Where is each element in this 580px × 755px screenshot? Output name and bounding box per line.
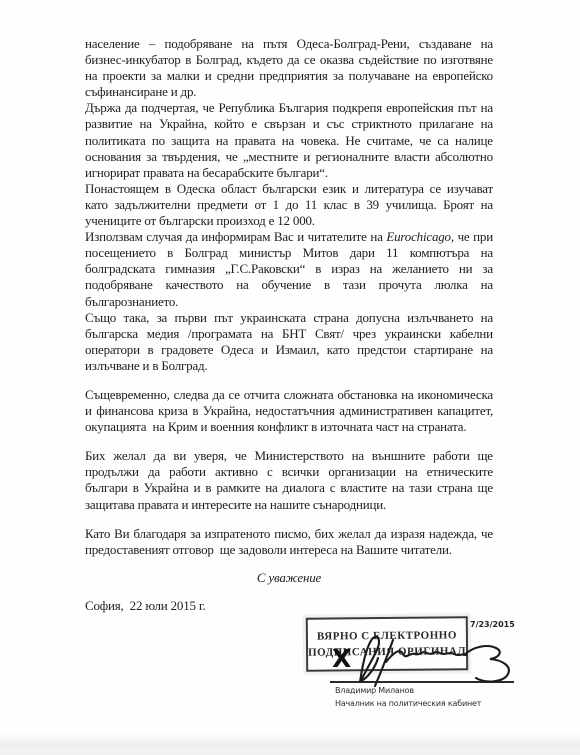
- letter-word: 11: [386, 245, 398, 261]
- letter-word: в: [165, 181, 171, 197]
- letter-word: всички: [282, 464, 319, 480]
- letter-line: развитиенаУкрайна,койтоесвързанисъсстрик…: [85, 116, 493, 132]
- letter-word: активно: [215, 464, 258, 480]
- paragraph: население–подобряваненапътяОдеса-Болград…: [85, 36, 493, 100]
- letter-word: да: [213, 387, 225, 403]
- letter-word: –: [149, 36, 155, 52]
- signer-title: Началник на политическия кабинет: [335, 699, 481, 708]
- letter-word: за: [146, 149, 157, 165]
- letter-word: че: [235, 448, 247, 464]
- letter-word: работи: [169, 464, 206, 480]
- letter-page: население–подобряваненапътяОдеса-Болград…: [0, 0, 580, 755]
- letter-word: министър: [239, 245, 291, 261]
- letter-word: българи: [85, 480, 128, 496]
- letter-line: продължидаработиактивносвсичкиорганизаци…: [85, 464, 493, 480]
- letter-word: развитие: [85, 116, 132, 132]
- letter-word: задължителни: [114, 197, 190, 213]
- letter-word: на: [241, 36, 253, 52]
- letter-word: бих: [315, 526, 334, 542]
- letter-word: страна: [437, 480, 472, 496]
- letter-line: посещениетовБолградминистърМитовдари11ко…: [85, 245, 493, 261]
- letter-word: за: [157, 310, 168, 326]
- letter-line: игнорират правата на бесарабските българ…: [85, 165, 493, 181]
- letter-word: създаване: [419, 36, 471, 52]
- letter-word: Бих: [85, 448, 105, 464]
- letter-word: да: [125, 100, 137, 116]
- letter-word: съдействие: [359, 52, 419, 68]
- letter-word: уверя,: [194, 448, 227, 464]
- letter-word: път: [458, 100, 477, 116]
- letter-word: на: [415, 68, 427, 84]
- letter-word: израз: [331, 261, 360, 277]
- letter-word: бизнес-инкубатор: [85, 52, 181, 68]
- letter-word: български: [262, 181, 316, 197]
- letter-line: ИзползвамслучаядаинформирамВасичитателит…: [85, 229, 493, 245]
- letter-word: люлка: [434, 277, 467, 293]
- letter-word: в: [324, 277, 330, 293]
- letter-line: ПонастоящемвОдескаобластбългарскиезикили…: [85, 181, 493, 197]
- letter-word: страна: [313, 310, 348, 326]
- letter-line: население–подобряваненапътяОдеса-Болград…: [85, 36, 493, 52]
- letter-word: където: [247, 52, 283, 68]
- letter-word: да: [375, 526, 387, 542]
- letter-word: стриктното: [351, 116, 411, 132]
- letter-word: се: [430, 181, 441, 197]
- letter-word: ще: [478, 480, 493, 496]
- letter-word: продължи: [85, 464, 139, 480]
- letter-word: Също: [85, 310, 116, 326]
- letter-word: на: [85, 68, 97, 84]
- letter-word: с: [267, 464, 273, 480]
- letter-word: Одеска: [177, 181, 215, 197]
- letter-word: на: [481, 36, 493, 52]
- letter-word: е: [251, 116, 257, 132]
- letter-word: изразя: [391, 526, 425, 542]
- letter-line: защитава правата и интересите на нашите …: [85, 497, 493, 513]
- letter-word: желанието: [392, 261, 449, 277]
- letter-word: на: [401, 387, 413, 403]
- letter-word: за: [333, 68, 344, 84]
- letter-word: първи: [174, 310, 206, 326]
- letter-word: Украйна,: [203, 403, 251, 419]
- letter-word: в: [205, 480, 211, 496]
- paragraph: ИзползвамслучаядаинформирамВасичитателит…: [85, 229, 493, 309]
- letter-word: твърдения,: [162, 149, 220, 165]
- letter-word: предприятия: [259, 68, 327, 84]
- letter-word: излъчването: [407, 310, 473, 326]
- letter-word: недостатъчния: [255, 403, 334, 419]
- letter-word: че: [226, 149, 238, 165]
- letter-word: Вас: [274, 229, 294, 245]
- letter-word: властите: [340, 480, 386, 496]
- closing-salutation: С уважение: [85, 570, 493, 586]
- letter-word: оператори: [85, 342, 140, 358]
- letter-word: подобряване: [85, 277, 153, 293]
- letter-line: излъчване и в Болград.: [85, 358, 493, 374]
- letter-word: политиката: [85, 133, 146, 149]
- letter-word: желал: [113, 448, 145, 464]
- letter-word: на: [282, 133, 294, 149]
- letter-word: в: [192, 403, 198, 419]
- letter-word: отчита: [244, 387, 280, 403]
- letter-word: градовете: [161, 342, 213, 358]
- letter-word: на: [481, 277, 493, 293]
- letter-word: дари: [350, 245, 375, 261]
- letter-word: изучават: [447, 181, 493, 197]
- letter-word: в: [167, 245, 173, 261]
- paragraph: Бихжелалдавиуверя,чеМинистерствотонавънш…: [85, 448, 493, 512]
- letter-word: Не: [345, 133, 360, 149]
- letter-word: училища.: [386, 197, 437, 213]
- letter-word: Измаил,: [276, 342, 320, 358]
- letter-word: подобряване: [164, 36, 232, 52]
- letter-word: основания: [85, 149, 141, 165]
- letter-line: българскамедия/програматанаБНТСвят/чрезу…: [85, 326, 493, 342]
- letter-word: криза: [158, 403, 188, 419]
- letter-line: бизнес-инкубаторвБолград,къдетодасеоказв…: [85, 52, 493, 68]
- letter-word: административен: [339, 403, 432, 419]
- letter-word: 11: [305, 197, 317, 213]
- letter-word: компютъра: [410, 245, 470, 261]
- letter-word: финансова: [96, 403, 153, 419]
- letter-word: на: [392, 480, 404, 496]
- letter-word: език: [322, 181, 346, 197]
- letter-word: абсолютно: [435, 149, 493, 165]
- letter-word: благодаря: [133, 526, 186, 542]
- letter-word: европейския: [386, 100, 453, 116]
- signature-x-mark: X: [332, 646, 351, 671]
- letter-word: път: [214, 310, 233, 326]
- letter-word: ви: [173, 448, 186, 464]
- letter-line: Същотака,запървипътукраинскатастранадопу…: [85, 310, 493, 326]
- letter-word: на: [352, 448, 364, 464]
- letter-word: на: [139, 116, 151, 132]
- letter-word: европейско: [432, 68, 493, 84]
- letter-word: по: [423, 52, 436, 68]
- letter-word: и: [303, 149, 310, 165]
- letter-word: от: [254, 197, 266, 213]
- letter-line: Бихжелалдавиуверя,чеМинистерствотонавънш…: [85, 448, 493, 464]
- letter-word: население: [85, 36, 140, 52]
- letter-line: българивУкрайнаиврамкитенадиалогасвласти…: [85, 480, 493, 496]
- letter-line: ифинансовакризавУкрайна,недостатъчнияадм…: [85, 403, 493, 419]
- letter-word: случая: [146, 229, 182, 245]
- letter-word: икономическа: [418, 387, 493, 403]
- letter-word: Същевременно,: [85, 387, 170, 403]
- letter-line: окупацията на Крим и военния конфликт в …: [85, 419, 493, 435]
- letter-word: Свят/: [315, 326, 344, 342]
- letter-word: българска: [85, 326, 138, 342]
- letter-word: гимназия: [165, 261, 215, 277]
- letter-word: Одеса: [221, 342, 254, 358]
- letter-word: Eurochicago,: [386, 229, 454, 245]
- letter-word: изготвяне: [441, 52, 493, 68]
- letter-word: желал: [338, 526, 370, 542]
- letter-line: Държадаподчертая,чеРепубликаБългарияподк…: [85, 100, 493, 116]
- letter-word: Понастоящем: [85, 181, 159, 197]
- letter-line: операторивградоветеОдесаиИзмаил,катопред…: [85, 342, 493, 358]
- letter-word: прилагане: [419, 116, 474, 132]
- letter-word: стартиране: [414, 342, 473, 358]
- letter-word: за: [151, 68, 162, 84]
- letter-word: работи: [433, 448, 470, 464]
- letter-word: писмо,: [274, 526, 310, 542]
- letter-word: със: [327, 116, 345, 132]
- letter-word: БНТ: [282, 326, 306, 342]
- letter-word: Болград: [185, 245, 228, 261]
- letter-word: рамките: [216, 480, 260, 496]
- certification-date: 7/23/2015: [470, 620, 515, 629]
- letter-word: Болград,: [196, 52, 242, 68]
- letter-word: капацитет,: [437, 403, 493, 419]
- letter-word: Украйна,: [159, 116, 207, 132]
- letter-word: изпратеното: [205, 526, 271, 542]
- letter-word: на: [481, 342, 493, 358]
- letter-word: на: [265, 480, 277, 496]
- letter-word: и: [194, 480, 201, 496]
- letter-word: оказва: [320, 52, 354, 68]
- letter-word: подкрепя: [332, 100, 382, 116]
- letter-word: на: [261, 326, 273, 342]
- letter-word: предстои: [357, 342, 406, 358]
- letter-line: предоставеният отговор ще задоволи интер…: [85, 542, 493, 558]
- letter-word: Република: [219, 100, 275, 116]
- letter-word: налице: [455, 133, 493, 149]
- letter-line: болградскатагимназия„Г.С.Раковски“визраз…: [85, 261, 493, 277]
- letter-word: на: [370, 261, 382, 277]
- paragraph: КатоВиблагодарязаизпратенотописмо,бихжел…: [85, 526, 493, 558]
- letter-word: като: [327, 342, 350, 358]
- letter-line: подобряванекачествотонаобучениевтазипроч…: [85, 277, 493, 293]
- letter-word: 1: [273, 197, 279, 213]
- letter-word: се: [228, 387, 239, 403]
- paragraph: Същевременно,следвадасеотчитасложнатаобс…: [85, 387, 493, 435]
- letter-word: Украйна: [144, 480, 189, 496]
- letter-word: 39: [366, 197, 379, 213]
- paragraph: Същотака,запървипътукраинскатастранадопу…: [85, 310, 493, 374]
- letter-line: съфинансиране и др.: [85, 84, 493, 100]
- letter-word: чрез: [353, 326, 376, 342]
- letter-word: средни: [217, 68, 254, 84]
- letter-line: основаниязатвърдения,че„местнитеирегиона…: [85, 149, 493, 165]
- letter-word: Използвам: [85, 229, 143, 245]
- paragraph: ПонастоящемвОдескаобластбългарскиезикили…: [85, 181, 493, 229]
- letter-word: че: [202, 100, 214, 116]
- letter-word: сложната: [284, 387, 334, 403]
- letter-word: България: [279, 100, 329, 116]
- letter-word: Ви: [114, 526, 129, 542]
- letter-word: Като: [85, 526, 110, 542]
- letter-word: по: [152, 133, 165, 149]
- letter-word: на: [481, 116, 493, 132]
- letter-word: пътя: [263, 36, 287, 52]
- letter-word: ни: [459, 261, 473, 277]
- letter-word: човека.: [300, 133, 339, 149]
- letter-word: /програмата: [188, 326, 252, 342]
- letter-word: подчертая,: [141, 100, 198, 116]
- letter-word: „местните: [243, 149, 298, 165]
- letter-word: са: [437, 133, 448, 149]
- letter-word: с: [330, 480, 336, 496]
- letter-word: и: [297, 229, 304, 245]
- letter-word: да: [186, 229, 198, 245]
- letter-word: малки: [167, 68, 200, 84]
- letter-word: украински: [385, 326, 441, 342]
- letter-word: прочута: [379, 277, 422, 293]
- letter-word: за: [482, 261, 493, 277]
- letter-word: надежда,: [429, 526, 477, 542]
- letter-word: литература: [365, 181, 424, 197]
- letter-word: на: [481, 197, 493, 213]
- letter-word: и: [352, 181, 359, 197]
- letter-word: Министерството: [255, 448, 344, 464]
- letter-word: в: [315, 261, 321, 277]
- letter-word: тази: [343, 277, 366, 293]
- letter-word: защита: [171, 133, 209, 149]
- letter-word: Одеса-Болград-Рени,: [297, 36, 410, 52]
- letter-word: обстановка: [337, 387, 397, 403]
- letter-word: на: [216, 133, 228, 149]
- letter-word: и: [261, 342, 268, 358]
- letter-word: обучение: [262, 277, 312, 293]
- letter-word: диалога: [283, 480, 325, 496]
- letter-word: като: [85, 197, 108, 213]
- letter-word: така,: [123, 310, 149, 326]
- letter-word: да: [154, 448, 166, 464]
- letter-word: регионалните: [316, 149, 389, 165]
- letter-word: информирам: [201, 229, 270, 245]
- letter-word: кабелни: [450, 326, 493, 342]
- letter-word: ще: [477, 448, 492, 464]
- letter-word: и: [313, 116, 320, 132]
- letter-word: етническите: [427, 464, 493, 480]
- letter-word: проекти: [103, 68, 146, 84]
- letter-word: болградската: [85, 261, 155, 277]
- letter-word: при: [473, 229, 493, 245]
- letter-word: „Г.С.Раковски“: [225, 261, 305, 277]
- letter-word: на: [370, 229, 382, 245]
- letter-word: област: [221, 181, 256, 197]
- letter-word: тази: [409, 480, 432, 496]
- city-dateline: София, 22 юли 2015 г.: [85, 598, 493, 614]
- letter-line: учениците от български произход е 12 000…: [85, 213, 493, 229]
- letter-word: свързан: [264, 116, 305, 132]
- letter-word: на: [405, 464, 417, 480]
- letter-line: политикатапозащитанаправатаначовека.Несч…: [85, 133, 493, 149]
- letter-line: катозадължителнипредметиот1до11класв39уч…: [85, 197, 493, 213]
- letter-word: читателите: [308, 229, 367, 245]
- letter-word: на: [236, 277, 248, 293]
- letter-word: че: [481, 526, 493, 542]
- letter-word: се: [304, 52, 315, 68]
- letter-word: медия: [147, 326, 179, 342]
- letter-line: напроектизамалкиисреднипредприятиязаполу…: [85, 68, 493, 84]
- letter-word: власти: [394, 149, 429, 165]
- letter-word: и: [85, 403, 92, 419]
- letter-word: Броят: [443, 197, 474, 213]
- letter-word: клас: [324, 197, 348, 213]
- letter-word: на: [481, 100, 493, 116]
- letter-word: Митов: [303, 245, 339, 261]
- letter-word: качеството: [165, 277, 223, 293]
- letter-word: правата: [235, 133, 276, 149]
- letter-word: външните: [372, 448, 425, 464]
- letter-word: който: [214, 116, 244, 132]
- letter-word: в: [147, 342, 153, 358]
- letter-word: да: [287, 52, 299, 68]
- scan-artifact-band: [0, 733, 580, 755]
- letter-word: на: [481, 245, 493, 261]
- letter-word: допусна: [356, 310, 400, 326]
- letter-line: КатоВиблагодарязаизпратенотописмо,бихжел…: [85, 526, 493, 542]
- letter-word: организации: [328, 464, 396, 480]
- letter-word: че: [458, 229, 470, 245]
- letter-line: Същевременно,следвадасеотчитасложнатаобс…: [85, 387, 493, 403]
- letter-word: следва: [174, 387, 209, 403]
- paragraph: Държадаподчертая,чеРепубликаБългарияподк…: [85, 100, 493, 180]
- letter-word: в: [354, 197, 360, 213]
- letter-word: и: [205, 68, 212, 84]
- letter-word: получаване: [349, 68, 410, 84]
- letter-word: Държа: [85, 100, 121, 116]
- letter-word: в: [185, 52, 191, 68]
- letter-word: за: [190, 526, 201, 542]
- letter-word: считаме,: [367, 133, 413, 149]
- letter-word: до: [286, 197, 299, 213]
- letter-word: посещението: [85, 245, 156, 261]
- letter-word: че: [419, 133, 431, 149]
- letter-word: предмети: [197, 197, 248, 213]
- letter-word: украинската: [240, 310, 306, 326]
- handwritten-signature-icon: [348, 632, 528, 692]
- letter-word: да: [148, 464, 160, 480]
- letter-line: българознанието.: [85, 294, 493, 310]
- letter-word: на: [481, 310, 493, 326]
- letter-body: население–подобряваненапътяОдеса-Болград…: [85, 36, 493, 614]
- letter-word: в: [133, 480, 139, 496]
